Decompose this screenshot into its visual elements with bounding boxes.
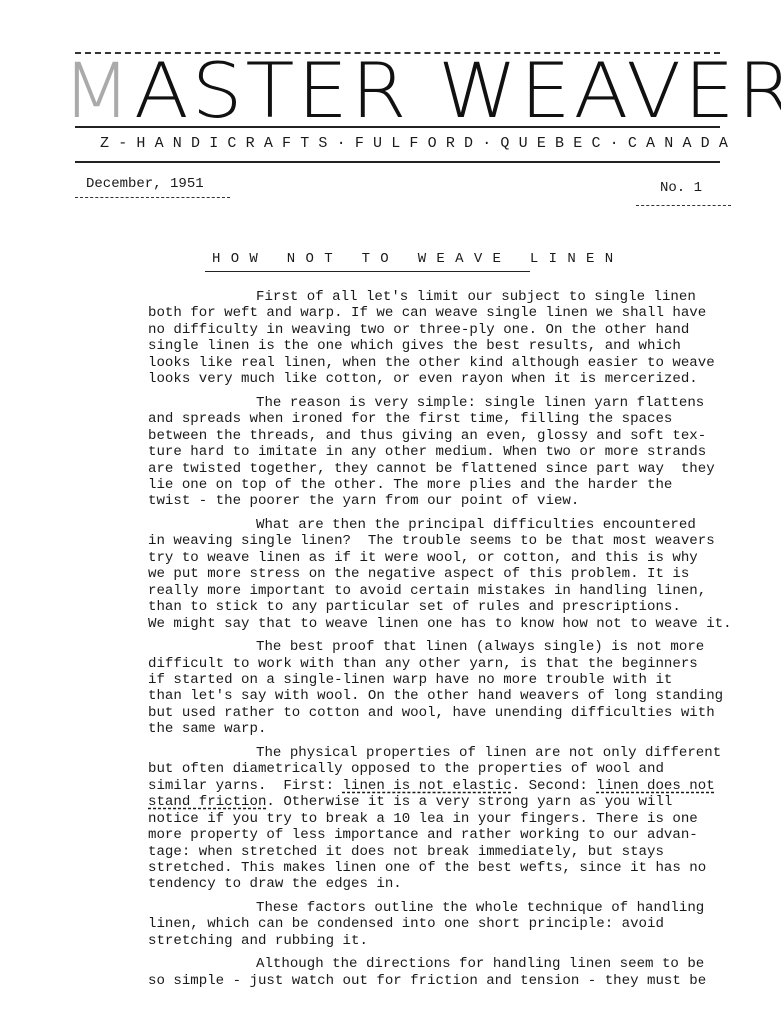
issue-date: December, 1951 xyxy=(86,176,204,192)
text-line: The reason is very simple: single linen … xyxy=(148,395,778,411)
text-line: linen, which can be condensed into one s… xyxy=(148,916,778,932)
paragraph: Although the directions for handling lin… xyxy=(148,956,778,989)
issue-underline xyxy=(636,205,731,206)
text-line: no difficulty in weaving two or three-pl… xyxy=(148,322,778,338)
text-line: The best proof that linen (always single… xyxy=(148,639,778,655)
paragraph: The best proof that linen (always single… xyxy=(148,639,778,738)
masthead-rule xyxy=(75,126,720,128)
text-line: in weaving single linen? The trouble see… xyxy=(148,533,778,549)
text-line: First of all let's limit our subject to … xyxy=(148,289,778,305)
text-line: more property of less importance and rat… xyxy=(148,827,778,843)
text-line: lie one on top of the other. The more pl… xyxy=(148,477,778,493)
text-line: twist - the poorer the yarn from our poi… xyxy=(148,493,778,509)
paragraph: The physical properties of linen are not… xyxy=(148,745,778,893)
issue-number: No. 1 xyxy=(660,180,702,196)
article-body: First of all let's limit our subject to … xyxy=(148,289,778,996)
paragraph: What are then the principal difficulties… xyxy=(148,517,778,632)
text-line: really more important to avoid certain m… xyxy=(148,583,778,599)
text-line: try to weave linen as if it were wool, o… xyxy=(148,550,778,566)
text-line: tage: when stretched it does not break i… xyxy=(148,844,778,860)
text-line: similar yarns. First: linen is not elast… xyxy=(148,778,778,794)
article-title-underline xyxy=(205,271,530,272)
text-line: so simple - just watch out for friction … xyxy=(148,973,778,989)
text-line: stand friction. Otherwise it is a very s… xyxy=(148,794,778,810)
text-line: single linen is the one which gives the … xyxy=(148,338,778,354)
masthead-title-first-letter: M xyxy=(62,47,134,135)
article-title: HOW NOT TO WEAVE LINEN xyxy=(212,251,623,267)
text-line: stretched. This makes linen one of the b… xyxy=(148,860,778,876)
date-underline xyxy=(75,197,230,198)
text-line: than let's say with wool. On the other h… xyxy=(148,688,778,704)
paragraph: These factors outline the whole techniqu… xyxy=(148,900,778,949)
text-line: These factors outline the whole techniqu… xyxy=(148,900,778,916)
text-line: looks like real linen, when the other ki… xyxy=(148,355,778,371)
text-line: The physical properties of linen are not… xyxy=(148,745,778,761)
text-line: are twisted together, they cannot be fla… xyxy=(148,461,778,477)
publisher-line: Z-HANDICRAFTS·FULFORD·QUEBEC·CANADA xyxy=(100,135,737,152)
text-line: both for weft and warp. If we can weave … xyxy=(148,305,778,321)
text-line: and spreads when ironed for the first ti… xyxy=(148,411,778,427)
paragraph: The reason is very simple: single linen … xyxy=(148,395,778,510)
text-line: difficult to work with than any other ya… xyxy=(148,656,778,672)
masthead-title: MASTER WEAVER xyxy=(62,58,722,125)
text-line: ture hard to imitate in any other medium… xyxy=(148,444,778,460)
text-line: we put more stress on the negative aspec… xyxy=(148,566,778,582)
text-line: between the threads, and thus giving an … xyxy=(148,428,778,444)
subtitle-rule xyxy=(75,161,720,163)
paragraph: First of all let's limit our subject to … xyxy=(148,289,778,388)
text-line: but used rather to cotton and wool, have… xyxy=(148,705,778,721)
text-line: stretching and rubbing it. xyxy=(148,933,778,949)
text-line: notice if you try to break a 10 lea in y… xyxy=(148,811,778,827)
text-line: What are then the principal difficulties… xyxy=(148,517,778,533)
text-line: looks very much like cotton, or even ray… xyxy=(148,371,778,387)
text-line: but often diametrically opposed to the p… xyxy=(148,761,778,777)
text-line: tendency to draw the edges in. xyxy=(148,876,778,892)
masthead-title-rest: ASTER WEAVER xyxy=(134,47,781,135)
text-line: the same warp. xyxy=(148,721,778,737)
text-line: than to stick to any particular set of r… xyxy=(148,599,778,615)
text-line: Although the directions for handling lin… xyxy=(148,956,778,972)
text-line: We might say that to weave linen one has… xyxy=(148,616,778,632)
text-line: if started on a single-linen warp have n… xyxy=(148,672,778,688)
